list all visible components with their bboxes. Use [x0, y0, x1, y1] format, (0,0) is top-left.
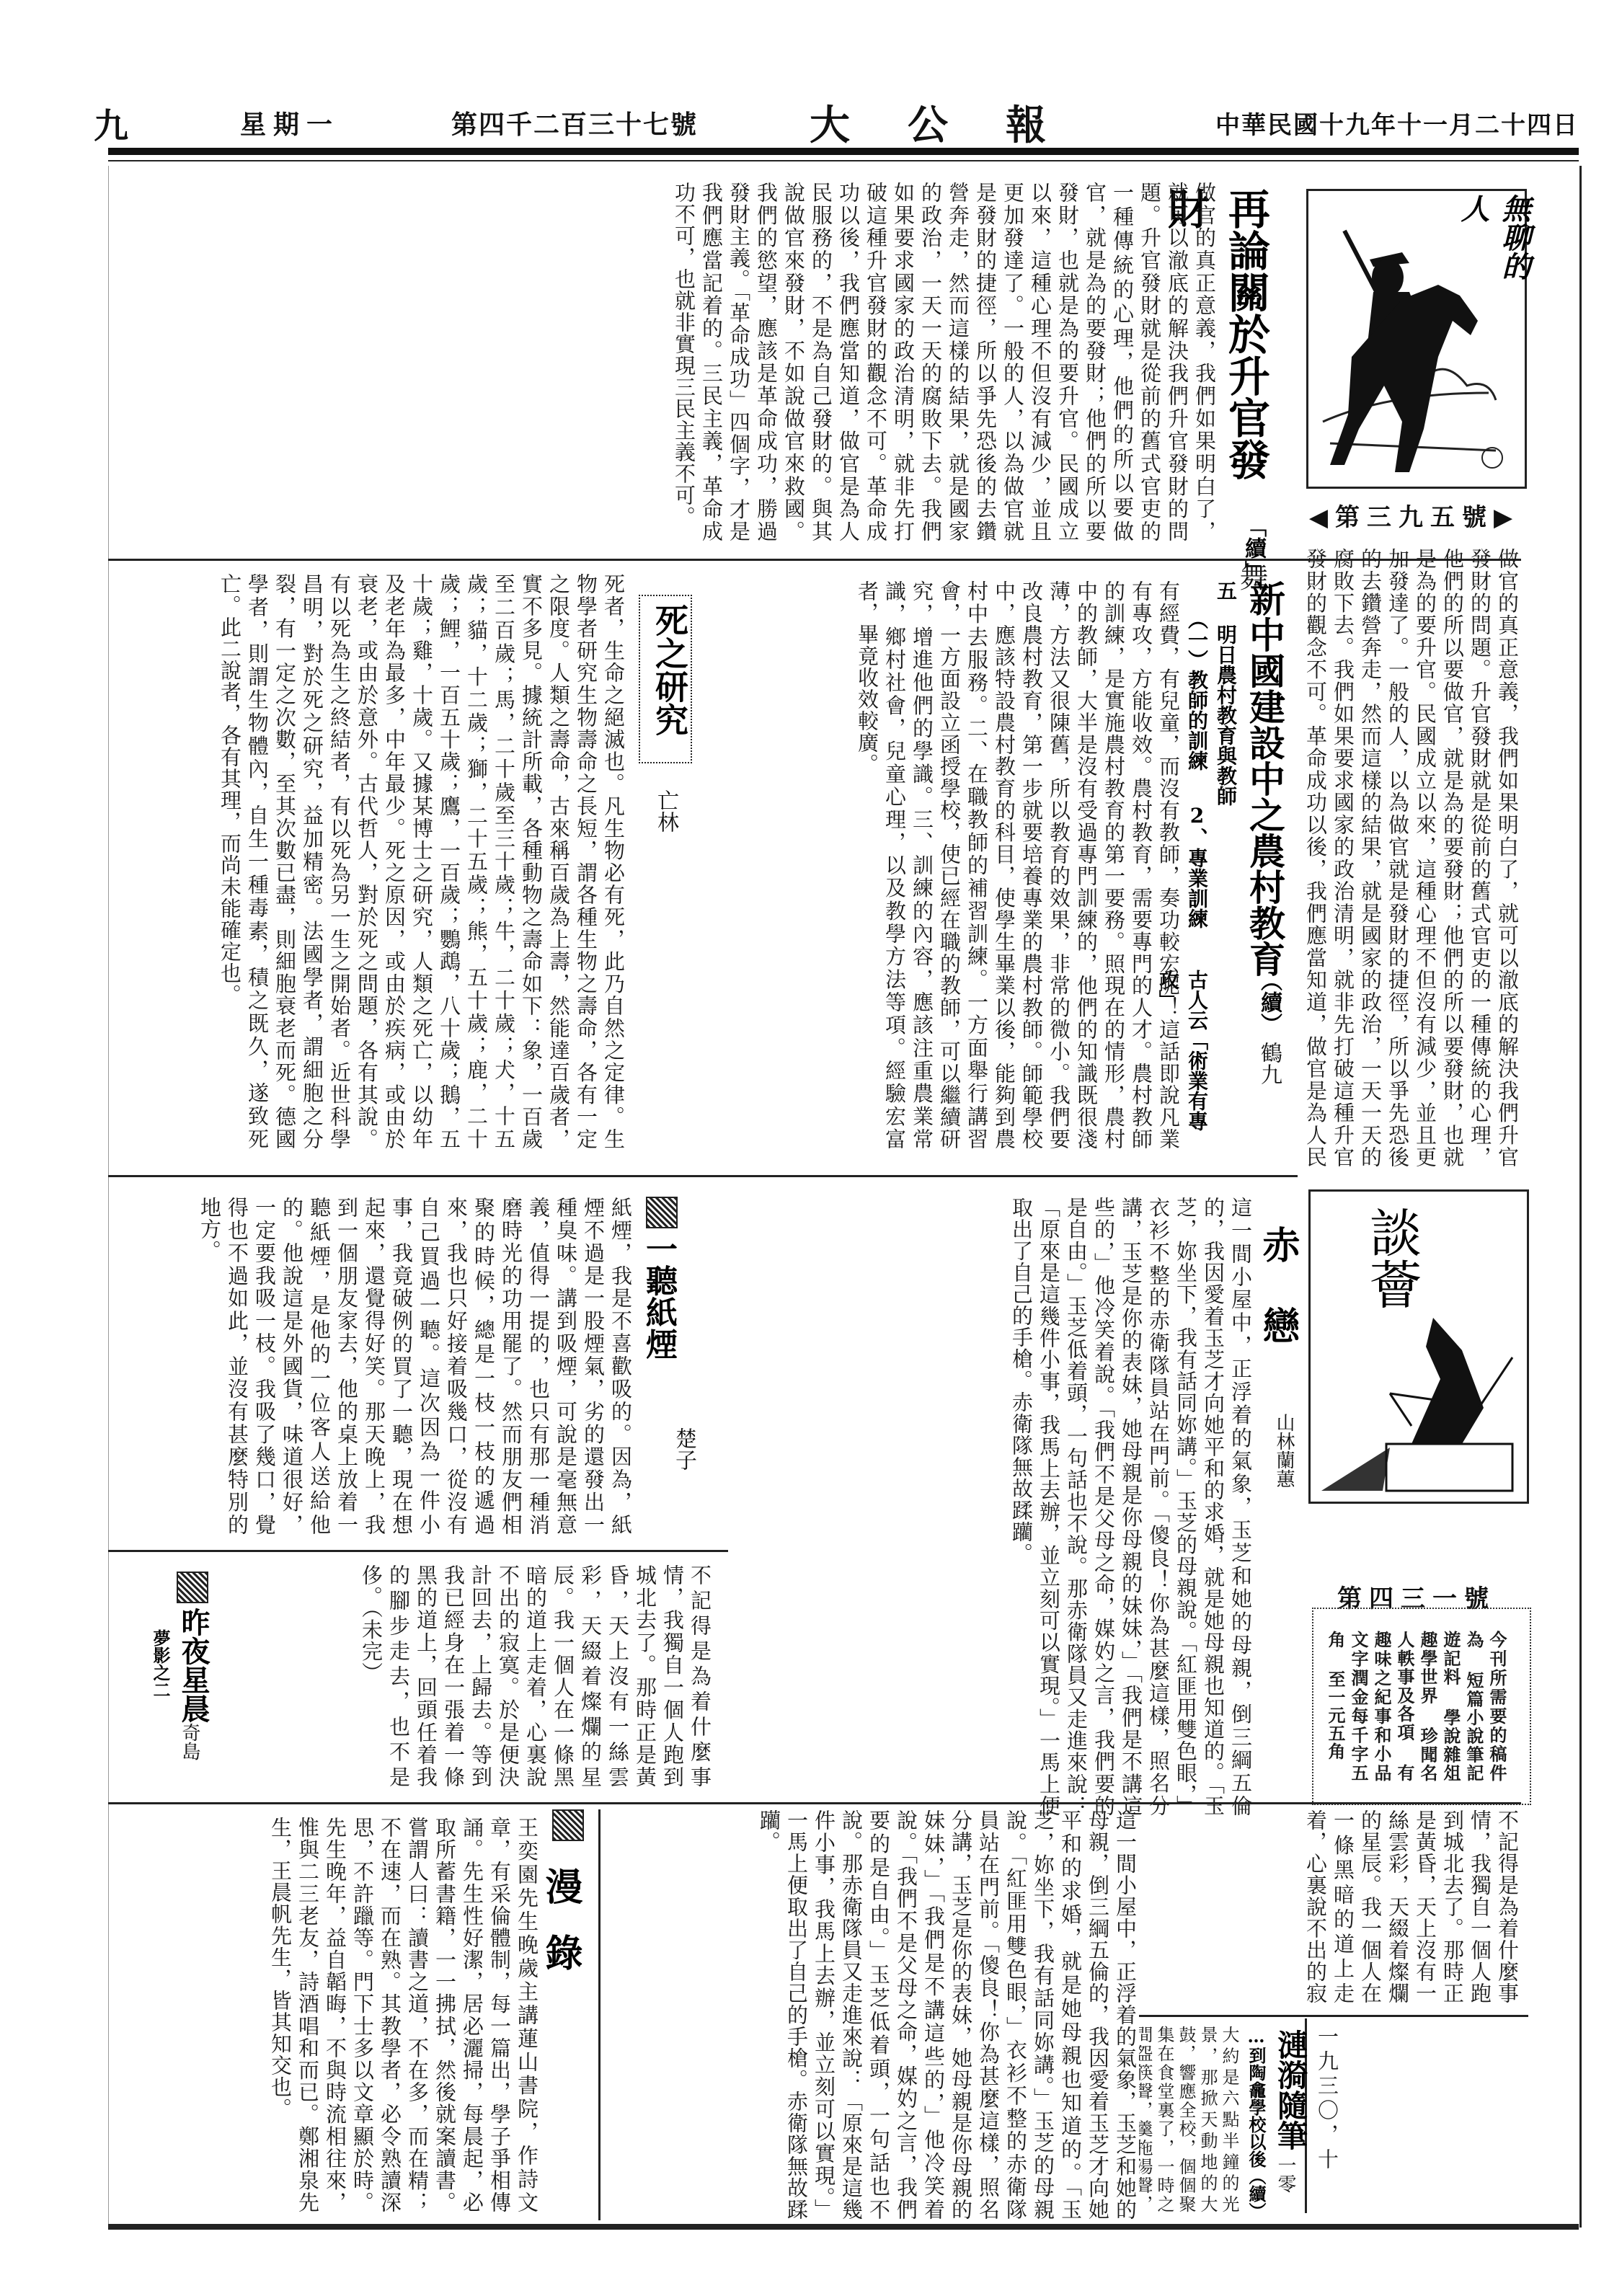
article-body: 王奕園先生晚歲主講蓮山書院，作詩文章，有采倫體制，每一篇出，學子爭相傳誦。先生性… — [115, 1817, 541, 2213]
article-title: 死之研究 — [646, 603, 693, 736]
section-heading: （一）教師的訓練 — [1182, 609, 1211, 771]
article-lian-yi-sui-bi: 不記得是為着什麼事情，我獨自一個人跑到城北去了。那時正是黃昏，天上沒有一絲雲彩，… — [1139, 1809, 1528, 2220]
section-ornament-icon — [646, 1197, 678, 1228]
article-title: 赤戀 — [1251, 1225, 1305, 1387]
article-body: 做官的真正意義，我們如果明白了，就可以澈底的解決我們升官發財的問題。升官發財就是… — [115, 182, 1218, 542]
section-ornament-icon — [177, 1572, 208, 1603]
section-ornament-icon — [552, 1809, 584, 1841]
section-divider — [1139, 2015, 1528, 2017]
article-author: 楚子 — [668, 1427, 699, 1471]
masthead-rule-thin — [108, 160, 1579, 161]
article-subtitle: …到陶龕學校以後（續） — [1244, 2026, 1269, 2220]
article-si-zhi-yan-jiu: 死之研究 亡林 死者，生命之絕滅也。凡生物必有死，此乃自然之定律。生物學者研究生… — [108, 566, 721, 1157]
section-heading: 五 明日農村教育與教師 — [1211, 580, 1240, 806]
newspaper-name: 大公報 — [810, 94, 1104, 151]
article-title: 漫錄 — [533, 1867, 588, 2000]
issue-number: 第四千二百三十七號 — [451, 105, 698, 141]
article-body: 不記得是為着什麼事情，我獨自一個人跑到城北去了。那時正是黃昏，天上沒有一絲雲彩，… — [216, 1564, 714, 1788]
illustration-tan-hui: 談薈 — [1308, 1189, 1529, 1504]
masthead: 中華民國十九年十一月二十四日 大公報 第四千二百三十七號 星期一 九 — [94, 101, 1579, 144]
article-author: 一零 — [1272, 2155, 1299, 2193]
article-chi-lian-continued: 這一間小屋中，正浮着的氣象，玉芝和她的母親，倒三綱五倫的，我因愛着玉芝才向她平和… — [606, 1809, 1139, 2220]
article-subtitle: （續） — [1253, 970, 1285, 1034]
section-heading: 2、專業訓練 — [1182, 804, 1211, 928]
article-ting-zhi-yan: 一聽紙煙 楚子 紙煙，我是不喜歡吸的。因為，紙煙不過是一股煙氣，劣的還發出一種臭… — [108, 1182, 721, 1543]
article-zuo-ye-xing-chen: 昨夜星晨 奇島 夢影之二 不記得是為着什麼事情，我獨自一個人跑到城北去了。那時正… — [108, 1557, 721, 1795]
sign-date: 一九三〇，十一，十六，於長沙。 — [1312, 2026, 1341, 2170]
contribution-notice: 今刊所需要的稿件為 短篇小說筆記遊記料 學說雜俎趣學世界 珍聞名人軼事及各項 有… — [1312, 1608, 1531, 1805]
article-body: 這一間小屋中，正浮着的氣象，玉芝和她的母親，倒三綱五倫的，我因愛着玉芝才向她平和… — [728, 1197, 1254, 1817]
reading-figure-icon — [1318, 1314, 1520, 1494]
article-author: 亡林 — [650, 789, 681, 833]
article-title: 新中國建設中之農村教育 — [1238, 580, 1290, 977]
article-title: 昨夜星晨 — [173, 1608, 214, 1723]
column-divider — [598, 1809, 601, 2220]
article-body: 死者，生命之絕滅也。凡生物必有死，此乃自然之定律。生物學者研究生物壽命之長短，謂… — [115, 573, 627, 1150]
article-author: 奇島 — [177, 1723, 203, 1760]
article-sheng-guan-fa-cai: 再論關於升官發財 「續」 舞 做官的真正意義，我們如果明白了，就可以澈底的解決我… — [108, 173, 1290, 548]
article-author: 山林蘭蕙 — [1271, 1413, 1298, 1488]
article-body-top: 不記得是為着什麼事情，我獨自一個人跑到城北去了。那時正是黃昏，天上沒有一絲雲彩，… — [1305, 1809, 1521, 2004]
illustration-caption: ◀第三九五號▶ — [1306, 497, 1523, 533]
section-divider — [108, 1175, 1298, 1177]
article-man-lu: 漫錄 王奕園先生晚歲主講蓮山書院，作詩文章，有采倫體制，每一篇出，學子爭相傳誦。… — [108, 1809, 598, 2220]
notice-line: 至一元五角 — [1328, 1670, 1346, 1760]
article-subtitle: 夢影之二 — [148, 1629, 173, 1698]
article-title: 漣漪隨筆 — [1269, 2029, 1312, 2150]
section-divider — [108, 1802, 1521, 1804]
horseman-silhouette-icon — [1316, 213, 1517, 479]
page-frame-bottom — [108, 2224, 1579, 2230]
illustration-horseman: 無聊的人 — [1306, 189, 1527, 489]
article-chi-lian: 赤戀 山林蘭蕙 這一間小屋中，正浮着的氣象，玉芝和她的母親，倒三綱五倫的，我因愛… — [721, 1182, 1305, 1817]
article-body: 有經費，有兒童，而沒有教師，奏功較宏呢！這話即說凡業有專攻，方能收效。農村教育，… — [721, 580, 1182, 1150]
page-number: 九 — [94, 98, 128, 148]
section-divider — [108, 1550, 728, 1552]
notice-text: 今刊所需要的稿件為 短篇小說筆記遊記料 學說雜俎趣學世界 珍聞名人軼事及各項 有… — [1328, 1631, 1508, 1782]
article-nong-cun-jiao-yu: 新中國建設中之農村教育 （續） 鶴九 五 明日農村教育與教師 （一）教師的訓練 … — [721, 566, 1298, 1157]
article-title-box: 死之研究 — [639, 595, 692, 763]
article-author: 鶴九 — [1253, 1042, 1285, 1085]
masthead-rule-thick — [108, 148, 1579, 155]
article-body: 大約是六點半鐘的光景，那掀天動地的大鼓，響應全校，個個聚集在食堂裏了，一時之間盌… — [1139, 2026, 1240, 2213]
article-title: 一聽紙煙 — [635, 1233, 681, 1360]
article-body-continued: 做官的真正意義，我們如果明白了，就可以澈底的解決我們升官發財的問題。升官發財就是… — [1305, 548, 1521, 1168]
column-heading: 談薈 — [1354, 1206, 1429, 1310]
masthead-date: 中華民國十九年十一月二十四日 — [1215, 105, 1579, 141]
weekday: 星期一 — [240, 105, 340, 141]
article-body: 紙煙，我是不喜歡吸的。因為，紙煙不過是一股煙氣，劣的還發出一種臭味。講到吸煙，可… — [115, 1197, 634, 1535]
